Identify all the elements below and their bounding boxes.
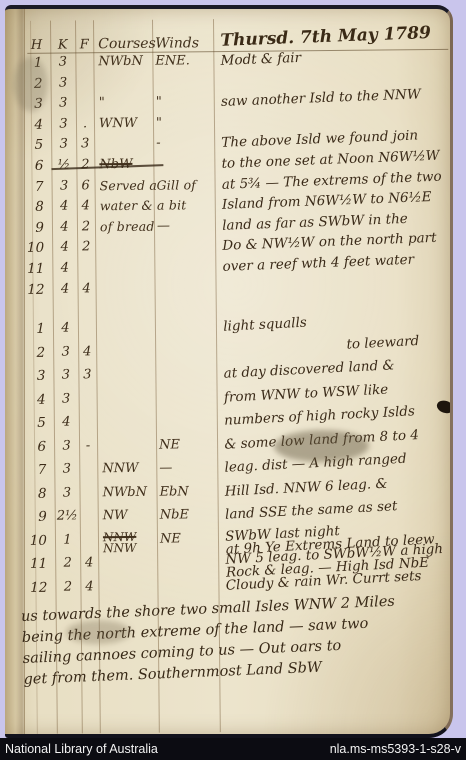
hours-cell: 7	[7, 178, 52, 194]
fathoms-cell: 4	[80, 579, 98, 594]
knots-cell: 3	[54, 391, 79, 406]
hours-cell: 12	[8, 281, 53, 297]
course-cell	[96, 343, 155, 344]
hours-cell: 11	[10, 556, 55, 572]
ink-smudge	[13, 57, 48, 112]
course-cell: NNWNNW	[98, 531, 157, 554]
knots-cell: 2½	[55, 509, 80, 524]
hours-cell: 8	[9, 485, 54, 501]
wind-cell	[155, 343, 216, 344]
wind-cell: -	[153, 135, 214, 151]
library-name: National Library of Australia	[5, 742, 158, 756]
manuscript-page: H K F Courses Winds Thursd. 7th May 1789…	[5, 5, 453, 738]
course-cell	[96, 367, 155, 368]
course-cell: NWbN	[97, 484, 156, 500]
knots-cell: 3	[51, 96, 76, 111]
course-cell: WNW	[94, 115, 153, 131]
wind-cell	[153, 74, 214, 75]
wind-cell	[154, 280, 215, 281]
knots-cell: 4	[52, 240, 77, 255]
course-cell	[98, 578, 157, 579]
wind-cell: NE	[157, 531, 218, 547]
hours-cell: 9	[10, 509, 55, 525]
course-cell	[97, 414, 156, 415]
knots-cell: 3	[54, 485, 79, 500]
knots-column-header: K	[50, 37, 75, 52]
knots-cell: 4	[52, 260, 77, 275]
course-corrected: NNW	[103, 542, 157, 554]
hours-column-header: H	[5, 38, 50, 53]
knots-cell: 2	[55, 556, 80, 571]
wind-cell: NbE	[157, 507, 218, 523]
knots-cell: 3	[51, 137, 76, 152]
footer-bar: National Library of Australia nla.ms-ms5…	[0, 738, 466, 760]
course-cell	[94, 74, 153, 75]
knots-cell: 4	[54, 415, 79, 430]
knots-cell: 3	[53, 368, 78, 383]
hours-cell: 9	[7, 219, 52, 235]
knots-cell: 3	[53, 344, 78, 359]
fathoms-cell: 3	[78, 367, 96, 382]
morning-watch-rows: 13NWbNENE.Modt & fair 23 33""saw another…	[5, 51, 452, 302]
hours-cell: 4	[9, 391, 54, 407]
hours-cell: 8	[7, 199, 52, 215]
knots-cell: 3	[54, 462, 79, 477]
course-cell: NWbN	[93, 54, 152, 70]
fathoms-cell: 2	[77, 219, 95, 234]
knots-cell: 2	[55, 579, 80, 594]
hours-cell: 10	[7, 240, 52, 256]
fathoms-cell: 4	[80, 555, 98, 570]
wind-cell	[156, 413, 217, 414]
image-id: nla.ms-ms5393-1-s28-v	[330, 742, 461, 756]
course-cell	[95, 239, 154, 240]
knots-cell: 3	[51, 75, 76, 90]
wind-cell	[154, 238, 215, 239]
knots-cell: 3	[50, 54, 75, 69]
wind-cell	[155, 366, 216, 367]
fathoms-cell: 6	[77, 178, 95, 193]
wind-cell	[153, 156, 214, 157]
knots-cell: 3	[54, 438, 79, 453]
knots-cell: 1	[55, 532, 80, 547]
fathoms-cell: 3	[76, 137, 94, 152]
knots-cell: 4	[52, 219, 77, 234]
fathoms-cell: 2	[77, 240, 95, 255]
knots-cell: 4	[53, 321, 78, 336]
hours-cell: 5	[6, 137, 51, 153]
course-cell	[96, 320, 155, 321]
hours-cell: 1	[8, 321, 53, 337]
fathoms-cell: 2	[76, 157, 94, 172]
course-cell	[95, 260, 154, 261]
knots-cell: 3	[51, 116, 76, 131]
wind-cell: ENE.	[152, 53, 213, 69]
winds-column-header: Winds	[152, 35, 213, 52]
fathoms-cell: 4	[77, 198, 95, 213]
hours-cell: 6	[9, 438, 54, 454]
hours-cell: 11	[7, 261, 52, 277]
hours-cell: 3	[8, 368, 53, 384]
hours-cell: 2	[8, 344, 53, 360]
course-cell	[95, 280, 154, 281]
hours-cell: 6	[6, 158, 51, 174]
wind-cell: "	[153, 94, 214, 110]
course-cell	[97, 437, 156, 438]
provisions-note: Served a	[95, 177, 154, 193]
wind-cell: NE	[156, 437, 217, 453]
knots-cell: 4	[52, 199, 77, 214]
knots-cell: 3	[52, 178, 77, 193]
scan-viewport: H K F Courses Winds Thursd. 7th May 1789…	[0, 0, 466, 760]
knots-cell: 4	[52, 281, 77, 296]
provisions-note: water & a bit	[95, 198, 154, 214]
hours-cell: 5	[9, 415, 54, 431]
course-cell: NNW	[97, 461, 156, 477]
wind-cell: EbN	[156, 484, 217, 500]
wind-cell	[157, 554, 218, 555]
fathoms-cell: -	[79, 438, 97, 453]
hours-cell: 4	[6, 116, 51, 132]
fathoms-column-header: F	[75, 37, 93, 52]
provisions-note: of bread	[95, 218, 154, 234]
wind-cell: —	[156, 460, 217, 476]
page-content: H K F Courses Winds Thursd. 7th May 1789…	[5, 5, 453, 734]
course-cell	[94, 136, 153, 137]
wind-cell	[156, 390, 217, 391]
courses-column-header: Courses	[93, 36, 152, 53]
wind-cell: "	[153, 115, 214, 131]
wind-cell	[154, 259, 215, 260]
fathoms-cell: 4	[77, 281, 95, 296]
log-body: 13NWbNENE.Modt & fair 23 33""saw another…	[5, 51, 453, 691]
course-cell	[98, 555, 157, 556]
provisions-note: Gill of	[154, 177, 215, 193]
hours-cell: 7	[9, 462, 54, 478]
knots-cell: ½	[51, 157, 76, 172]
wind-cell: —	[154, 218, 215, 234]
wind-cell	[157, 578, 218, 579]
wind-cell	[155, 319, 216, 320]
hours-cell: 10	[10, 532, 55, 548]
hours-cell: 12	[10, 579, 55, 595]
course-cell	[97, 390, 156, 391]
afternoon-watch-rows: 14light squalls 234to leeward 333at day …	[8, 317, 453, 603]
course-cell: NW	[98, 508, 157, 524]
fathoms-cell: .	[76, 116, 94, 131]
course-cell: "	[94, 95, 153, 111]
fathoms-cell: 4	[78, 344, 96, 359]
